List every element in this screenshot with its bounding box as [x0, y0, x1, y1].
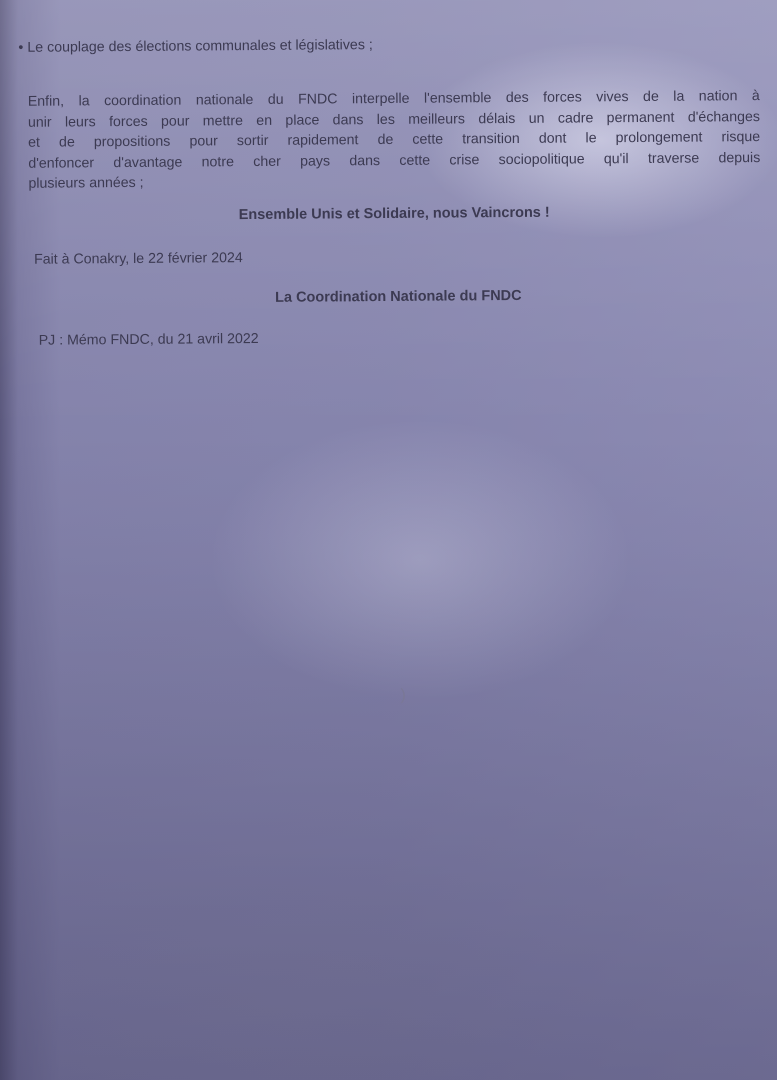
bullet-marker: • — [18, 40, 23, 56]
stray-pen-mark: ) — [400, 687, 405, 705]
attachment-note: PJ : Mémo FNDC, du 21 avril 2022 — [39, 331, 259, 349]
bullet-item: •Le couplage des élections communales et… — [18, 37, 373, 56]
document-page: •Le couplage des élections communales et… — [0, 0, 777, 1080]
closing-paragraph: Enfin, la coordination nationale du FNDC… — [28, 86, 761, 194]
motto: Ensemble Unis et Solidaire, nous Vaincro… — [2, 203, 777, 225]
bullet-text: Le couplage des élections communales et … — [27, 37, 373, 56]
place-date: Fait à Conakry, le 22 février 2024 — [34, 250, 243, 268]
signature: La Coordination Nationale du FNDC — [2, 286, 777, 308]
paragraph-line: plusieurs années ; — [28, 168, 760, 194]
